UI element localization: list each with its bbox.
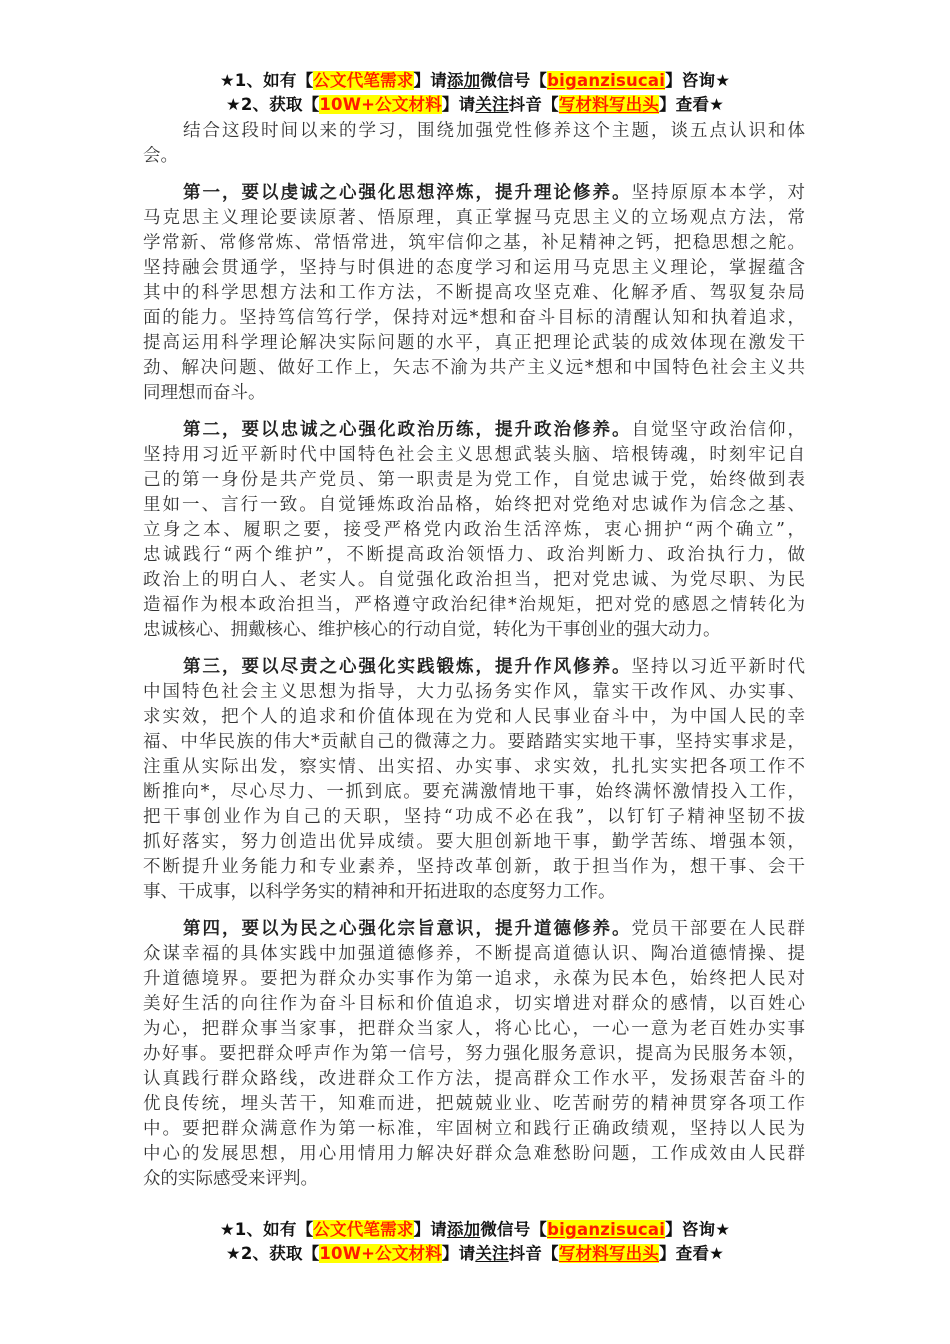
text-line: 会。 [143,144,805,169]
paragraph-point-2: 第二，要以忠诚之心强化政治历练，提升政治修养。自觉坚守政治信仰， 坚持用习近平新… [143,418,805,643]
promo-footer-bottom: ★1、如有【公文代笔需求】请添加微信号【biganzisucai】咨询★ ★2、… [0,1218,950,1266]
underlined-follow: 关注 [475,95,508,114]
text-line: 提高运用科学理论解决实际问题的水平，真正把理论武装的成效体现在激发干 [143,331,805,356]
text-line: 事、干成事，以科学务实的精神和开拓进取的态度努力工作。 [143,880,805,905]
text-line: 抓好落实，努力创造出优异成绩。要大胆创新地干事，勤学苦练、增强本领， [143,830,805,855]
text-line: 劲、解决问题、做好工作上，矢志不渝为共产主义远*想和中国特色社会主义共 [143,356,805,381]
promo-text: 】请 [414,71,447,90]
promo-text: 微信号【 [480,1220,547,1239]
douyin-account-link[interactable]: 写材料写出头 [559,95,659,114]
text-line: 众谋幸福的具体实践中加强道德修养，不断提高道德认识、陶冶道德情操、提 [143,942,805,967]
paragraph-intro: 结合这段时间以来的学习，围绕加强党性修养这个主题，谈五点认识和体 会。 [143,119,805,169]
text-line: 求实效，把个人的追求和价值体现在为党和人民事业奋斗中，为中国人民的幸 [143,705,805,730]
text-line: 中国特色社会主义思想为指导，大力弘扬务实作风，靠实干改作风、办实事、 [143,680,805,705]
promo-line-2: ★2、获取【10W+公文材料】请关注抖音【写材料写出头】查看★ [0,1242,950,1266]
paragraph-heading: 第三，要以尽责之心强化实践锻炼，提升作风修养。 [183,657,632,677]
promo-text: ★2、获取【 [226,95,319,114]
text-line: 把干事创业作为自己的天职，坚持“功成不必在我”，以钉钉子精神坚韧不拔 [143,805,805,830]
promo-line-2: ★2、获取【10W+公文材料】请关注抖音【写材料写出头】查看★ [0,93,950,117]
underlined-add: 添加 [447,1220,480,1239]
text-line: 己的第一身份是共产党员、第一职责是为党工作，自觉忠诚于党，始终做到表 [143,468,805,493]
text-line: 中。要把群众满意作为第一标准，牢固树立和践行正确政绩观，坚持以人民为 [143,1117,805,1142]
highlight-ghostwriting: 公文代笔需求 [313,71,413,90]
text-line: 坚持用习近平新时代中国特色社会主义思想武装头脑、培根铸魂，时刻牢记自 [143,443,805,468]
highlight-materials: 10W+公文材料 [319,1244,442,1263]
text-line: 政治上的明白人、老实人。自觉强化政治担当，把对党忠诚、为党尽职、为民 [143,568,805,593]
text-line: 第一，要以虔诚之心强化思想淬炼，提升理论修养。坚持原原本本学，对 [143,181,805,206]
text-line: 为心，把群众事当家事，把群众当家人，将心比心，一心一意为老百姓办实事 [143,1017,805,1042]
text-span: 自觉坚守政治信仰， [632,420,806,440]
promo-text: 】请 [442,1244,475,1263]
text-line: 第二，要以忠诚之心强化政治历练，提升政治修养。自觉坚守政治信仰， [143,418,805,443]
text-line: 优良传统，埋头苦干，知难而进，把兢兢业业、吃苦耐劳的精神贯穿各项工作 [143,1092,805,1117]
text-line: 面的能力。坚持笃信笃行学，保持对远*想和奋斗目标的清醒认知和执着追求， [143,306,805,331]
douyin-account-link[interactable]: 写材料写出头 [559,1244,659,1263]
text-line: 马克思主义理论要读原著、悟原理，真正掌握马克思主义的立场观点方法，常 [143,206,805,231]
text-span: 坚持原原本本学，对 [632,183,806,203]
text-line: 认真践行群众路线，改进群众工作方法，提高群众工作水平，发扬艰苦奋斗的 [143,1067,805,1092]
text-line: 立身之本、履职之要，接受严格党内政治生活淬炼，衷心拥护“两个确立”， [143,518,805,543]
promo-text: 】咨询★ [665,71,730,90]
promo-line-1: ★1、如有【公文代笔需求】请添加微信号【biganzisucai】咨询★ [0,1218,950,1242]
underlined-follow: 关注 [475,1244,508,1263]
paragraph-point-1: 第一，要以虔诚之心强化思想淬炼，提升理论修养。坚持原原本本学，对 马克思主义理论… [143,181,805,406]
document-body: 结合这段时间以来的学习，围绕加强党性修养这个主题，谈五点认识和体 会。 第一，要… [143,119,805,1204]
text-line: 福、中华民族的伟大*贡献自己的微薄之力。要踏踏实实地干事，坚持实事求是， [143,730,805,755]
underlined-add: 添加 [447,71,480,90]
text-span: 党员干部要在人民群 [632,919,806,939]
wechat-id-link[interactable]: biganzisucai [547,1220,665,1239]
promo-text: 】查看★ [659,95,724,114]
promo-text: 】咨询★ [665,1220,730,1239]
text-line: 忠诚践行“两个维护”，不断提高政治领悟力、政治判断力、政治执行力，做 [143,543,805,568]
document-page: ★1、如有【公文代笔需求】请添加微信号【biganzisucai】咨询★ ★2、… [0,0,950,1344]
promo-text: ★2、获取【 [226,1244,319,1263]
promo-line-1: ★1、如有【公文代笔需求】请添加微信号【biganzisucai】咨询★ [0,69,950,93]
highlight-materials: 10W+公文材料 [319,95,442,114]
promo-header-top: ★1、如有【公文代笔需求】请添加微信号【biganzisucai】咨询★ ★2、… [0,69,950,117]
promo-text: ★1、如有【 [220,1220,313,1239]
text-line: 办好事。要把群众呼声作为第一信号，努力强化服务意识，提高为民服务本领， [143,1042,805,1067]
paragraph-point-4: 第四，要以为民之心强化宗旨意识，提升道德修养。党员干部要在人民群 众谋幸福的具体… [143,917,805,1192]
text-line: 里如一、言行一致。自觉锤炼政治品格，始终把对党绝对忠诚作为信念之基、 [143,493,805,518]
promo-text: 】查看★ [659,1244,724,1263]
paragraph-heading: 第四，要以为民之心强化宗旨意识，提升道德修养。 [183,919,632,939]
text-line: 第三，要以尽责之心强化实践锻炼，提升作风修养。坚持以习近平新时代 [143,655,805,680]
text-line: 坚持融会贯通学，坚持与时俱进的态度学习和运用马克思主义理论，掌握蕴含 [143,256,805,281]
promo-text: ★1、如有【 [220,71,313,90]
text-line: 中心的发展思想，用心用情用力解决好群众急难愁盼问题，工作成效由人民群 [143,1142,805,1167]
highlight-ghostwriting: 公文代笔需求 [313,1220,413,1239]
paragraph-heading: 第一，要以虔诚之心强化思想淬炼，提升理论修养。 [183,183,632,203]
text-line: 造福作为根本政治担当，严格遵守政治纪律*治规矩，把对党的感恩之情转化为 [143,593,805,618]
text-line: 第四，要以为民之心强化宗旨意识，提升道德修养。党员干部要在人民群 [143,917,805,942]
text-line: 众的实际感受来评判。 [143,1167,805,1192]
promo-text: 微信号【 [480,71,547,90]
paragraph-heading: 第二，要以忠诚之心强化政治历练，提升政治修养。 [183,420,632,440]
wechat-id-link[interactable]: biganzisucai [547,71,665,90]
promo-text: 抖音【 [509,95,559,114]
promo-text: 】请 [414,1220,447,1239]
text-line: 注重从实际出发，察实情、出实招、办实事、求实效，扎扎实实把各项工作不 [143,755,805,780]
text-line: 同理想而奋斗。 [143,381,805,406]
text-line: 结合这段时间以来的学习，围绕加强党性修养这个主题，谈五点认识和体 [143,119,805,144]
text-line: 升道德境界。要把为群众办实事作为第一追求，永葆为民本色，始终把人民对 [143,967,805,992]
promo-text: 抖音【 [509,1244,559,1263]
text-line: 学常新、常修常炼、常悟常进，筑牢信仰之基，补足精神之钙，把稳思想之舵。 [143,231,805,256]
text-line: 美好生活的向往作为奋斗目标和价值追求，切实增进对群众的感情，以百姓心 [143,992,805,1017]
text-line: 忠诚核心、拥戴核心、维护核心的行动自觉，转化为干事创业的强大动力。 [143,618,805,643]
text-span: 坚持以习近平新时代 [632,657,806,677]
promo-text: 】请 [442,95,475,114]
text-line: 不断提升业务能力和专业素养，坚持改革创新，敢于担当作为，想干事、会干 [143,855,805,880]
paragraph-point-3: 第三，要以尽责之心强化实践锻炼，提升作风修养。坚持以习近平新时代 中国特色社会主… [143,655,805,905]
text-line: 断推向*，尽心尽力、一抓到底。要充满激情地干事，始终满怀激情投入工作， [143,780,805,805]
text-line: 其中的科学思想方法和工作方法，不断提高攻坚克难、化解矛盾、驾驭复杂局 [143,281,805,306]
